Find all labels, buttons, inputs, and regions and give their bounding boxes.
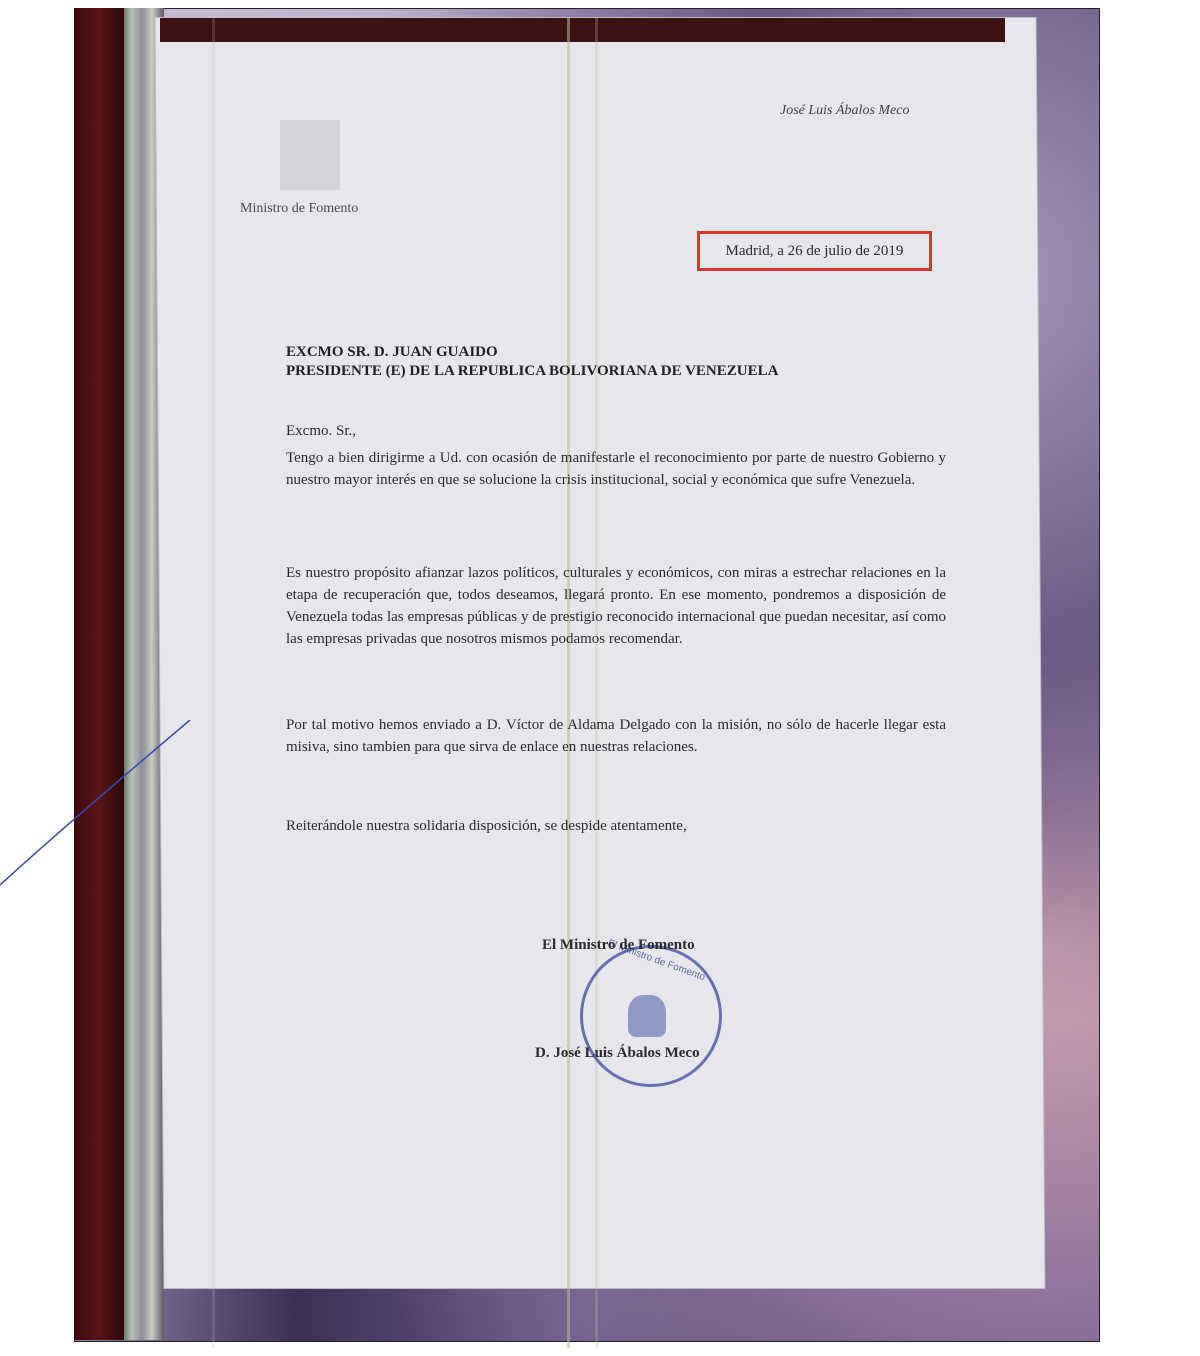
letterhead-ministry: Ministro de Fomento [240,198,358,220]
closing-line: Reiterándole nuestra solidaria disposici… [286,815,687,837]
stamp-crest-icon [628,995,666,1037]
paragraph-2: Es nuestro propósito afianzar lazos polí… [286,562,946,650]
pen-mark [0,720,200,890]
binder-cover [74,8,124,1340]
scan-artifact-line [567,18,570,1348]
paragraph-3: Por tal motivo hemos enviado a D. Víctor… [286,714,946,758]
recipient-line-1: EXCMO SR. D. JUAN GUAIDO [286,343,778,362]
signature-title: El Ministro de Fomento [542,934,695,956]
scan-artifact-line [212,18,215,1348]
recipient-block: EXCMO SR. D. JUAN GUAIDO PRESIDENTE (E) … [286,343,778,381]
letterhead-sender: José Luis Ábalos Meco [780,100,909,122]
recipient-line-2: PRESIDENTE (E) DE LA REPUBLICA BOLIVORIA… [286,362,778,381]
date-highlight-box: Madrid, a 26 de julio de 2019 [697,231,932,271]
signature-name: D. José Luis Ábalos Meco [535,1042,700,1064]
scan-artifact-line [595,18,598,1348]
coat-of-arms-icon [270,110,350,200]
salutation: Excmo. Sr., [286,420,356,442]
page-top-edge [160,18,1005,42]
paragraph-1: Tengo a bien dirigirme a Ud. con ocasión… [286,447,946,491]
letter-date: Madrid, a 26 de julio de 2019 [726,243,904,260]
